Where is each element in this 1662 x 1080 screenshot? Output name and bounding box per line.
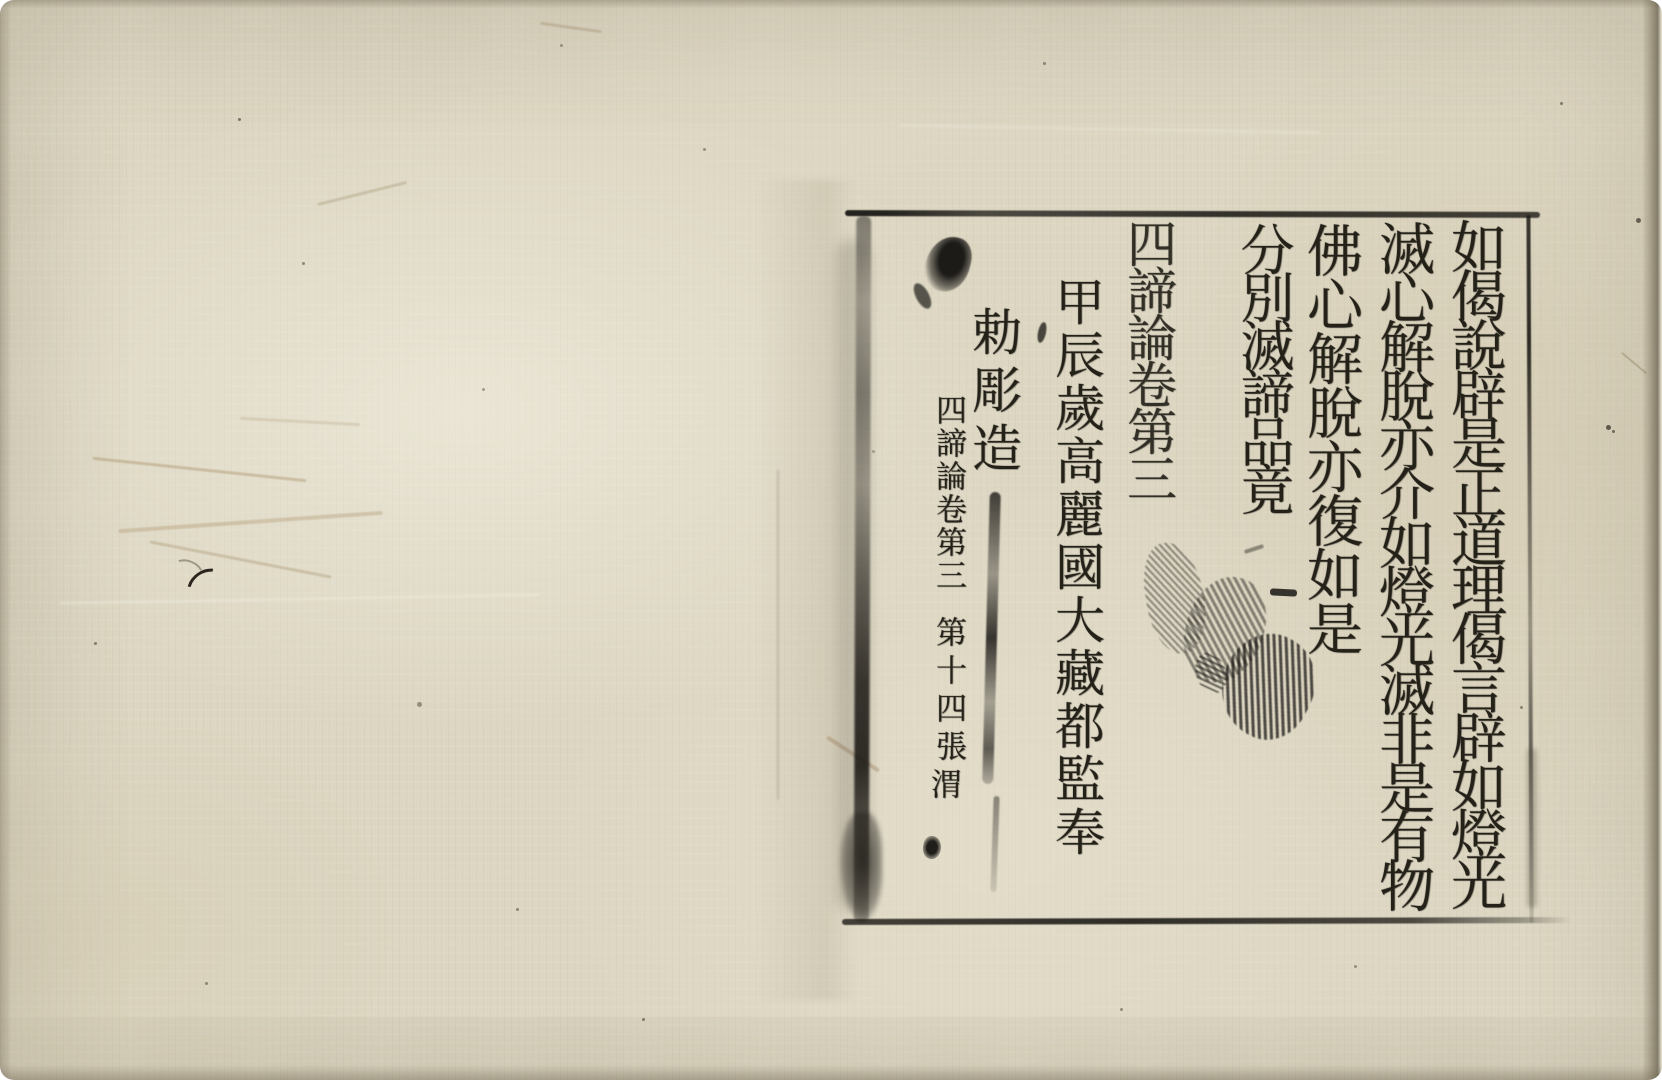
ink-smear <box>1138 539 1211 658</box>
frame-border-top <box>845 210 1540 218</box>
ink-blob <box>920 232 976 297</box>
scanned-sutra-page: 如偈說辟是正道理偈言辟如燈光 滅心解脫亦介如燈光滅非是有物 佛心解脫亦復如是 分… <box>0 0 1662 1080</box>
text-column-4-chapter-end: 分別滅諦品竟 <box>1225 222 1302 510</box>
page-edge-right <box>1642 0 1662 1080</box>
paper-crease <box>60 594 540 604</box>
frame-border-bottom <box>842 917 1572 925</box>
paper-fiber <box>240 417 360 426</box>
paper-specks <box>238 118 241 121</box>
sheet-marker-title: 四諦論卷第三 <box>926 394 971 592</box>
ink-scratch <box>1244 544 1264 554</box>
page-edge-left <box>0 0 12 1080</box>
paper-crease <box>900 124 1320 133</box>
frame-right-smudge <box>1527 748 1537 908</box>
vertical-ink-streak <box>990 796 999 892</box>
paper-fold-line <box>777 470 779 800</box>
text-column-1: 如偈說辟是正道理偈言辟如燈光 <box>1434 218 1514 904</box>
paper-fiber <box>118 511 383 533</box>
colophon-date-column: 甲辰歲高麗國大藏都監奉 <box>1040 276 1112 859</box>
frame-left-ink-blotch <box>840 812 882 920</box>
page-edge-top <box>0 0 1662 9</box>
paper-fiber <box>92 457 306 482</box>
sheet-marker-number: 第十四張 <box>926 616 971 768</box>
ink-blob-tail <box>910 281 935 312</box>
text-column-2: 滅心解脫亦介如燈光滅非是有物 <box>1362 220 1442 906</box>
vertical-ink-streak <box>982 492 1001 784</box>
sheet-marker-case-char: 渭 <box>921 768 966 799</box>
page-edge-bottom <box>0 1065 1662 1080</box>
ink-blob <box>921 835 942 860</box>
ink-smear <box>1176 569 1275 691</box>
paper-fiber <box>317 181 407 206</box>
paper-fiber <box>1621 352 1647 374</box>
text-column-3: 佛心解脫亦復如是 <box>1290 222 1370 654</box>
paper-fiber <box>540 22 602 34</box>
ink-smear <box>1190 648 1233 698</box>
end-title-column: 四諦論卷第三 <box>1112 218 1184 500</box>
